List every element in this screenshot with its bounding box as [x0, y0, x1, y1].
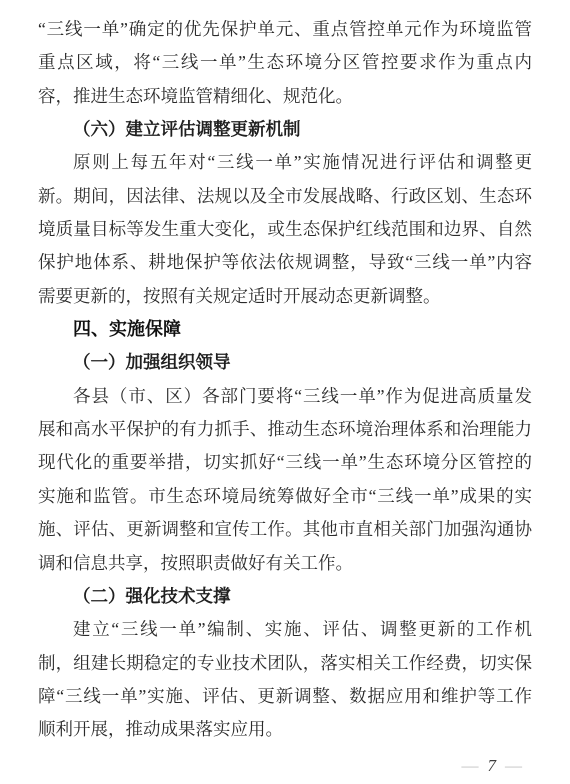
heading-line: （一）加强组织领导 [38, 346, 532, 379]
document-body: “三线一单”确定的优先保护单元、重点管控单元作为环境监管重点区域，将“三线一单”… [38, 13, 532, 747]
text-line: 新。期间，因法律、法规以及全市发展战略、行政区划、生态环 [38, 180, 532, 213]
text-line: 重点区域，将“三线一单”生态环境分区管控要求作为重点内 [38, 46, 532, 79]
text-line: 容，推进生态环境监管精细化、规范化。 [38, 80, 532, 113]
text-line: 障“三线一单”实施、评估、更新调整、数据应用和维护等工作 [38, 680, 532, 713]
text-line: 需要更新的，按照有关规定适时开展动态更新调整。 [38, 280, 532, 313]
text-line: 施、评估、更新调整和宣传工作。其他市直相关部门加强沟通协 [38, 513, 532, 546]
page-number: 7 [488, 756, 497, 775]
heading-line: （六）建立评估调整更新机制 [38, 113, 532, 146]
text-line: 顺利开展，推动成果落实应用。 [38, 713, 532, 746]
footer-dash-right: — [505, 756, 522, 775]
text-line: 各县（市、区）各部门要将“三线一单”作为促进高质量发 [38, 380, 532, 413]
heading-line: 四、实施保障 [38, 313, 532, 346]
footer-dash-left: — [462, 756, 479, 775]
text-line: “三线一单”确定的优先保护单元、重点管控单元作为环境监管 [38, 13, 532, 46]
heading-line: （二）强化技术支撑 [38, 580, 532, 613]
text-line: 展和高水平保护的有力抓手、推动生态环境治理体系和治理能力 [38, 413, 532, 446]
page-footer: —7— [462, 757, 523, 774]
text-line: 建立“三线一单”编制、实施、评估、调整更新的工作机 [38, 613, 532, 646]
text-line: 境质量目标等发生重大变化，或生态保护红线范围和边界、自然 [38, 213, 532, 246]
text-line: 现代化的重要举措，切实抓好“三线一单”生态环境分区管控的 [38, 446, 532, 479]
text-line: 调和信息共享，按照职责做好有关工作。 [38, 547, 532, 580]
text-line: 实施和监管。市生态环境局统筹做好全市“三线一单”成果的实 [38, 480, 532, 513]
text-line: 保护地体系、耕地保护等依法依规调整，导致“三线一单”内容 [38, 246, 532, 279]
document-page: “三线一单”确定的优先保护单元、重点管控单元作为环境监管重点区域，将“三线一单”… [38, 13, 532, 747]
text-line: 原则上每五年对“三线一单”实施情况进行评估和调整更 [38, 146, 532, 179]
text-line: 制，组建长期稳定的专业技术团队，落实相关工作经费，切实保 [38, 647, 532, 680]
